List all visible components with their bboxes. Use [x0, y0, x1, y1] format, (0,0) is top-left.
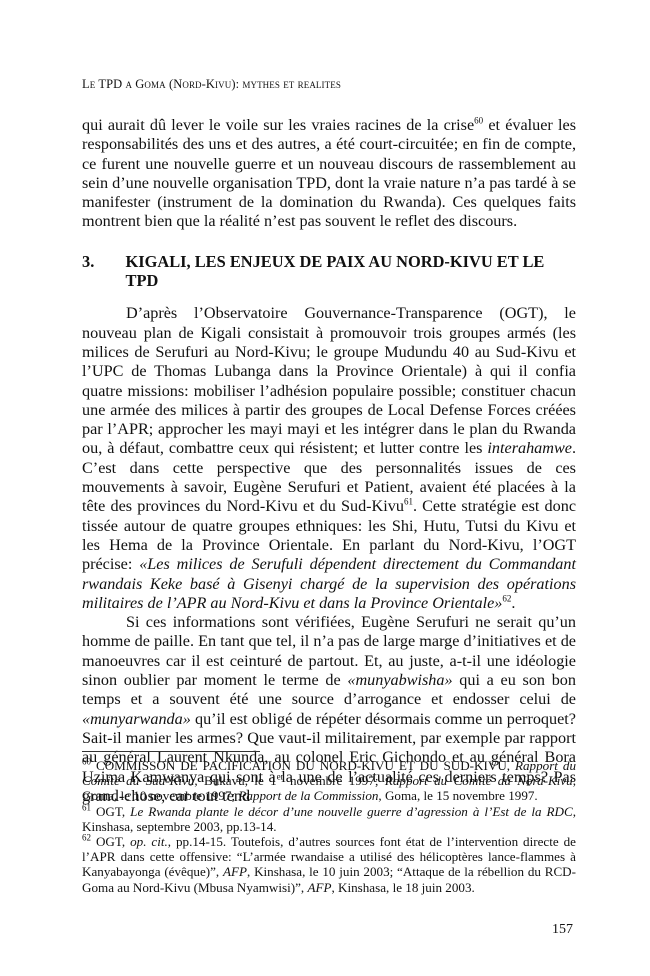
italic-term: «munyarwanda» — [82, 710, 191, 728]
footnote-ref-62[interactable]: 62 — [502, 593, 511, 603]
text-run: D’après l’Observatoire Gouvernance-Trans… — [82, 304, 576, 457]
page-number: 157 — [552, 922, 573, 938]
footnote-number: 61 — [82, 802, 91, 812]
paragraph-2: D’après l’Observatoire Gouvernance-Trans… — [82, 304, 576, 613]
footnote-separator — [82, 751, 260, 752]
footnote-number: 62 — [82, 833, 91, 843]
text-run: . — [511, 594, 515, 612]
footnote-text-run: Rapport du Comité du Nord-Kivu — [385, 773, 573, 788]
footnote-text-run: op. cit. — [130, 834, 168, 849]
text-run: qui aurait dû lever le voile sur les vra… — [82, 116, 474, 134]
footnote-ref-60[interactable]: 60 — [474, 116, 483, 126]
footnote-62: 62 OGT, op. cit., pp.14-15. Toutefois, d… — [82, 834, 576, 895]
footnote-61: 61 OGT, Le Rwanda plante le décor d’une … — [82, 804, 576, 834]
section-number: 3. — [82, 252, 126, 291]
footnote-text-run: novembre 1997; — [284, 773, 385, 788]
footnote-ref-61[interactable]: 61 — [404, 497, 413, 507]
running-header: Le TPD a Goma (Nord-Kivu): mythes et rea… — [82, 77, 341, 92]
footnote-text-run: OGT, — [91, 834, 130, 849]
section-heading: 3.KIGALI, LES ENJEUX DE PAIX AU NORD-KIV… — [82, 252, 576, 291]
footnote-text-run: Le Rwanda plante le décor d’une nouvelle… — [130, 804, 573, 819]
footnote-number: 60 — [82, 757, 91, 767]
footnote-text-run: , Bukavu, le 1 — [194, 773, 276, 788]
footnote-text-run: AFP — [223, 864, 247, 879]
footnote-text-run: er — [277, 772, 284, 782]
section-title: KIGALI, LES ENJEUX DE PAIX AU NORD-KIVU … — [126, 252, 576, 291]
footnote-text-run: , Kinshasa, le 18 juin 2003. — [331, 880, 474, 895]
book-page: Le TPD a Goma (Nord-Kivu): mythes et rea… — [0, 0, 650, 976]
footnote-60: 60 COMMISSON DE PACIFICATION DU NORD-KIV… — [82, 758, 576, 804]
footnote-text-run: AFP — [307, 880, 331, 895]
paragraph-1: qui aurait dû lever le voile sur les vra… — [82, 116, 576, 232]
footnote-text-run: COMMISSON DE PACIFICATION DU NORD-KIVU E… — [91, 758, 515, 773]
footnotes: 60 COMMISSON DE PACIFICATION DU NORD-KIV… — [82, 758, 576, 895]
italic-term: «munyabwisha» — [347, 671, 452, 689]
body-text: qui aurait dû lever le voile sur les vra… — [82, 116, 576, 806]
footnote-text-run: OGT, — [91, 804, 130, 819]
footnote-text-run: Rapport de la Commission — [238, 788, 378, 803]
italic-term: interahamwe — [487, 439, 572, 457]
running-title: Le TPD a Goma (Nord-Kivu): mythes et rea… — [82, 77, 341, 91]
footnote-text-run: , Goma, le 15 novembre 1997. — [378, 788, 537, 803]
